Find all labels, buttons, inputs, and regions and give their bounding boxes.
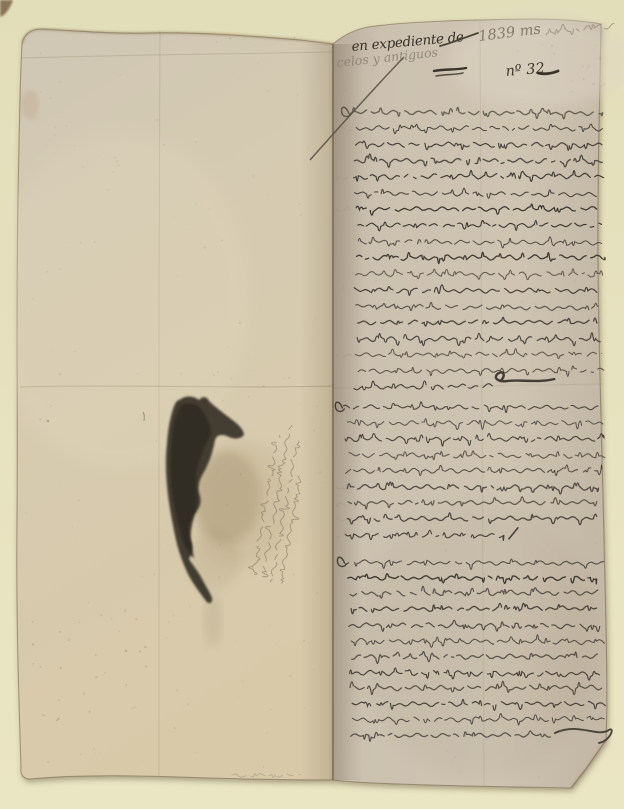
right-spine-shading bbox=[333, 44, 363, 780]
speckle bbox=[605, 77, 606, 78]
speckle bbox=[542, 45, 543, 46]
speckle bbox=[585, 576, 587, 578]
speckle bbox=[396, 202, 397, 203]
speckle bbox=[379, 416, 381, 418]
speckle bbox=[88, 602, 90, 604]
speckle bbox=[519, 681, 521, 683]
speckle bbox=[314, 318, 316, 320]
speckle bbox=[196, 203, 197, 204]
speckle bbox=[596, 45, 597, 46]
speckle bbox=[230, 378, 232, 380]
speckle bbox=[441, 488, 442, 489]
speckle bbox=[555, 616, 557, 618]
speckle bbox=[277, 485, 278, 486]
speckle bbox=[514, 730, 516, 732]
speckle bbox=[489, 203, 491, 205]
speckle bbox=[83, 692, 86, 695]
speckle bbox=[301, 753, 302, 754]
speckle bbox=[563, 637, 565, 639]
speckle bbox=[484, 573, 486, 575]
speckle bbox=[201, 103, 202, 104]
speckle bbox=[419, 178, 420, 179]
speckle bbox=[383, 566, 384, 567]
speckle bbox=[113, 171, 115, 173]
speckle bbox=[221, 239, 223, 241]
speckle bbox=[237, 541, 238, 542]
speckle bbox=[553, 53, 555, 55]
speckle bbox=[599, 56, 601, 58]
speckle bbox=[466, 331, 468, 333]
speckle bbox=[470, 248, 471, 249]
speckle bbox=[554, 210, 556, 212]
speckle bbox=[32, 621, 34, 623]
speckle bbox=[561, 611, 562, 612]
speckle bbox=[93, 71, 94, 72]
speckle bbox=[494, 152, 495, 153]
speckle bbox=[354, 231, 355, 232]
speckle bbox=[47, 761, 49, 763]
speckle bbox=[104, 672, 106, 674]
speckle bbox=[119, 74, 121, 76]
speckle bbox=[375, 280, 377, 282]
speckle bbox=[415, 332, 416, 333]
speckle bbox=[80, 753, 82, 755]
speckle bbox=[180, 373, 182, 375]
speckle bbox=[586, 68, 588, 70]
speckle bbox=[520, 38, 521, 39]
speckle bbox=[78, 499, 80, 501]
speckle bbox=[206, 483, 208, 485]
speckle bbox=[304, 707, 306, 709]
speckle bbox=[144, 195, 145, 196]
speckle bbox=[558, 195, 559, 196]
speckle bbox=[426, 714, 427, 715]
speckle bbox=[144, 646, 147, 649]
speckle bbox=[550, 140, 551, 141]
speckle bbox=[424, 251, 425, 252]
speckle bbox=[510, 616, 511, 617]
speckle bbox=[252, 175, 254, 177]
speckle bbox=[355, 385, 357, 387]
speckle bbox=[124, 609, 126, 611]
speckle bbox=[571, 487, 573, 489]
speckle bbox=[544, 306, 545, 307]
speckle bbox=[196, 752, 197, 753]
speckle bbox=[40, 91, 42, 93]
speckle bbox=[454, 756, 456, 758]
speckle bbox=[68, 639, 70, 641]
speckle bbox=[216, 41, 217, 42]
speckle bbox=[216, 391, 217, 392]
speckle bbox=[406, 330, 407, 331]
speckle bbox=[521, 731, 522, 732]
speckle bbox=[582, 65, 584, 67]
speckle bbox=[48, 301, 49, 302]
speckle bbox=[534, 589, 536, 591]
speckle bbox=[74, 351, 76, 353]
speckle bbox=[397, 606, 398, 607]
speckle bbox=[76, 542, 77, 543]
speckle bbox=[464, 318, 466, 320]
speckle bbox=[381, 140, 382, 141]
speckle bbox=[473, 333, 475, 335]
speckle bbox=[173, 614, 175, 616]
speckle bbox=[495, 111, 496, 112]
speckle bbox=[403, 244, 405, 246]
speckle bbox=[387, 163, 388, 164]
speckle bbox=[217, 372, 219, 374]
speckle bbox=[243, 37, 245, 39]
speckle bbox=[289, 675, 291, 677]
speckle bbox=[50, 405, 52, 407]
speckle bbox=[142, 761, 143, 762]
speckle bbox=[518, 621, 519, 622]
speckle bbox=[597, 143, 599, 145]
speckle bbox=[445, 549, 447, 551]
speckle bbox=[65, 125, 66, 126]
speckle bbox=[545, 427, 547, 429]
speckle bbox=[239, 78, 240, 79]
speckle bbox=[179, 438, 180, 439]
speckle bbox=[262, 385, 264, 387]
speckle bbox=[383, 529, 384, 530]
speckle bbox=[226, 633, 227, 634]
speckle bbox=[199, 223, 200, 224]
speckle bbox=[413, 436, 414, 437]
speckle bbox=[469, 493, 470, 494]
speckle bbox=[204, 246, 206, 248]
speckle bbox=[166, 637, 167, 638]
speckle bbox=[467, 450, 469, 452]
speckle bbox=[572, 91, 574, 93]
speckle bbox=[442, 428, 444, 430]
speckle bbox=[218, 576, 220, 578]
speckle bbox=[397, 61, 399, 63]
speckle bbox=[349, 571, 350, 572]
speckle bbox=[59, 484, 60, 485]
speckle bbox=[574, 280, 576, 282]
speckle bbox=[78, 621, 80, 623]
speckle bbox=[139, 650, 141, 652]
speckle bbox=[595, 533, 596, 534]
speckle bbox=[42, 714, 44, 716]
speckle bbox=[418, 535, 420, 537]
speckle bbox=[409, 305, 411, 307]
speckle bbox=[315, 658, 316, 659]
speckle bbox=[341, 44, 342, 45]
speckle bbox=[61, 696, 63, 698]
speckle bbox=[504, 351, 506, 353]
speckle bbox=[114, 157, 115, 158]
speckle bbox=[389, 551, 390, 552]
speckle bbox=[50, 97, 52, 99]
speckle bbox=[325, 482, 326, 483]
speckle bbox=[59, 81, 61, 83]
speckle bbox=[71, 526, 73, 528]
speckle bbox=[59, 631, 61, 633]
corner-foxing-patch bbox=[21, 90, 39, 120]
speckle bbox=[416, 274, 417, 275]
speckle bbox=[311, 549, 313, 551]
speckle bbox=[583, 78, 585, 80]
speckle bbox=[444, 147, 446, 149]
speckle bbox=[269, 625, 270, 626]
speckle bbox=[521, 98, 523, 100]
speckle bbox=[316, 405, 318, 407]
speckle bbox=[60, 667, 62, 669]
speckle bbox=[80, 242, 82, 244]
speckle bbox=[553, 481, 555, 483]
speckle bbox=[50, 349, 52, 351]
speckle bbox=[270, 709, 272, 711]
speckle bbox=[452, 761, 453, 762]
speckle bbox=[496, 488, 497, 489]
speckle bbox=[180, 413, 182, 415]
speckle bbox=[249, 42, 250, 43]
speckle bbox=[444, 642, 445, 643]
right-page: en expediente de 1839 ms celos y antiguo… bbox=[310, 14, 624, 788]
speckle bbox=[542, 448, 544, 450]
speckle bbox=[54, 127, 55, 128]
speckle bbox=[417, 647, 419, 649]
speckle bbox=[522, 660, 523, 661]
speckle bbox=[420, 346, 422, 348]
speckle bbox=[536, 276, 538, 278]
speckle bbox=[182, 620, 183, 621]
speckle bbox=[481, 35, 483, 37]
speckle bbox=[556, 264, 557, 265]
speckle bbox=[308, 642, 309, 643]
speckle bbox=[533, 256, 534, 257]
speckle bbox=[317, 592, 318, 593]
speckle bbox=[291, 568, 292, 569]
speckle bbox=[581, 114, 583, 116]
speckle bbox=[298, 203, 300, 205]
speckle bbox=[248, 396, 250, 398]
speckle bbox=[586, 564, 587, 565]
speckle bbox=[245, 221, 246, 222]
speckle bbox=[117, 161, 118, 162]
speckle bbox=[118, 631, 119, 632]
speckle bbox=[297, 94, 299, 96]
speckle bbox=[464, 363, 466, 365]
speckle bbox=[118, 164, 120, 166]
speckle bbox=[26, 619, 27, 620]
speckle bbox=[26, 512, 27, 513]
speckle bbox=[371, 39, 373, 41]
speckle bbox=[173, 727, 175, 729]
speckle bbox=[100, 614, 102, 616]
speckle bbox=[82, 167, 83, 168]
speckle bbox=[269, 194, 270, 195]
speckle bbox=[268, 377, 269, 378]
small-orange-speck bbox=[47, 420, 50, 423]
speckle bbox=[394, 71, 395, 72]
speckle bbox=[407, 440, 408, 441]
speckle bbox=[57, 718, 59, 720]
speckle bbox=[460, 688, 462, 690]
speckle bbox=[452, 635, 454, 637]
speckle bbox=[308, 147, 309, 148]
speckle bbox=[502, 201, 504, 203]
speckle bbox=[388, 199, 390, 201]
speckle bbox=[520, 733, 521, 734]
speckle bbox=[107, 609, 108, 610]
speckle bbox=[33, 663, 34, 664]
speckle bbox=[427, 565, 428, 566]
speckle bbox=[54, 134, 56, 136]
speckle bbox=[599, 288, 600, 289]
speckle bbox=[95, 654, 96, 655]
speckle bbox=[345, 89, 347, 91]
speckle bbox=[227, 752, 228, 753]
speckle bbox=[135, 618, 137, 620]
speckle bbox=[400, 474, 402, 476]
speckle bbox=[99, 155, 100, 156]
speckle bbox=[573, 50, 575, 52]
speckle bbox=[343, 287, 345, 289]
speckle bbox=[303, 640, 305, 642]
speckle bbox=[153, 574, 155, 576]
speckle bbox=[31, 309, 32, 310]
speckle bbox=[189, 563, 191, 565]
left-page bbox=[0, 29, 333, 780]
speckle bbox=[59, 268, 61, 270]
speckle bbox=[227, 346, 229, 348]
speckle bbox=[417, 238, 419, 240]
speckle bbox=[477, 383, 479, 385]
speckle bbox=[174, 217, 175, 218]
speckle bbox=[276, 643, 278, 645]
speckle bbox=[70, 769, 72, 771]
speckle bbox=[380, 710, 382, 712]
speckle bbox=[408, 322, 410, 324]
speckle bbox=[508, 694, 509, 695]
speckle bbox=[176, 275, 177, 276]
speckle bbox=[347, 491, 348, 492]
speckle bbox=[56, 719, 58, 721]
speckle bbox=[453, 414, 455, 416]
speckle bbox=[592, 83, 594, 85]
speckle bbox=[226, 504, 228, 506]
speckle bbox=[95, 676, 97, 678]
file-number-text: nº 32 bbox=[505, 61, 545, 80]
left-spine-shading bbox=[300, 44, 333, 780]
speckle bbox=[94, 753, 95, 754]
speckle bbox=[61, 112, 62, 113]
speckle bbox=[370, 424, 372, 426]
speckle bbox=[538, 776, 539, 777]
speckle bbox=[576, 36, 578, 38]
speckle bbox=[372, 197, 374, 199]
speckle bbox=[397, 313, 398, 314]
speckle bbox=[125, 684, 127, 686]
speckle bbox=[514, 113, 515, 114]
speckle bbox=[160, 545, 161, 546]
speckle bbox=[460, 350, 461, 351]
speckle bbox=[205, 490, 206, 491]
speckle bbox=[480, 52, 481, 53]
speckle bbox=[429, 550, 430, 551]
speckle bbox=[482, 640, 484, 642]
speckle bbox=[510, 171, 512, 173]
speckle bbox=[396, 157, 398, 159]
speckle bbox=[251, 370, 252, 371]
speckle bbox=[577, 638, 578, 639]
speckle bbox=[564, 419, 565, 420]
speckle bbox=[32, 298, 34, 300]
speckle bbox=[49, 140, 50, 141]
speckle bbox=[293, 573, 295, 575]
speckle bbox=[588, 65, 590, 67]
speckle bbox=[45, 145, 46, 146]
speckle bbox=[213, 374, 215, 376]
speckle bbox=[603, 83, 605, 85]
speckle bbox=[430, 528, 432, 530]
speckle bbox=[93, 748, 95, 750]
speckle bbox=[239, 322, 241, 324]
speckle bbox=[375, 469, 377, 471]
speckle bbox=[564, 230, 565, 231]
speckle bbox=[242, 680, 243, 681]
speckle bbox=[511, 118, 512, 119]
speckle bbox=[74, 146, 75, 147]
speckle bbox=[427, 718, 428, 719]
speckle bbox=[342, 290, 343, 291]
speckle bbox=[301, 404, 302, 405]
speckle bbox=[100, 754, 101, 755]
speckle bbox=[313, 429, 315, 431]
speckle bbox=[429, 611, 430, 612]
speckle bbox=[405, 675, 407, 677]
speckle bbox=[189, 229, 190, 230]
speckle bbox=[441, 55, 442, 56]
scan-canvas: en expediente de 1839 ms celos y antiguo… bbox=[0, 0, 624, 809]
speckle bbox=[189, 606, 191, 608]
speckle bbox=[39, 418, 41, 420]
speckle bbox=[549, 69, 550, 70]
speckle bbox=[502, 229, 504, 231]
speckle bbox=[482, 400, 483, 401]
speckle bbox=[240, 474, 242, 476]
speckle bbox=[168, 621, 170, 623]
speckle bbox=[131, 707, 133, 709]
speckle bbox=[312, 669, 314, 671]
speckle bbox=[163, 144, 165, 146]
speckle bbox=[452, 308, 453, 309]
speckle bbox=[595, 542, 597, 544]
speckle bbox=[135, 706, 137, 708]
speckle bbox=[288, 377, 290, 379]
speckle bbox=[133, 143, 134, 144]
speckle bbox=[476, 239, 477, 240]
speckle bbox=[46, 271, 48, 273]
speckle bbox=[229, 37, 231, 39]
speckle bbox=[283, 378, 284, 379]
speckle bbox=[548, 43, 549, 44]
speckle bbox=[69, 242, 70, 243]
speckle bbox=[419, 176, 420, 177]
speckle bbox=[176, 689, 178, 691]
speckle bbox=[462, 645, 463, 646]
speckle bbox=[346, 424, 347, 425]
speckle bbox=[578, 406, 579, 407]
speckle bbox=[508, 130, 510, 132]
speckle bbox=[54, 152, 55, 153]
speckle bbox=[533, 302, 535, 304]
speckle bbox=[551, 45, 553, 47]
speckle bbox=[219, 544, 221, 546]
